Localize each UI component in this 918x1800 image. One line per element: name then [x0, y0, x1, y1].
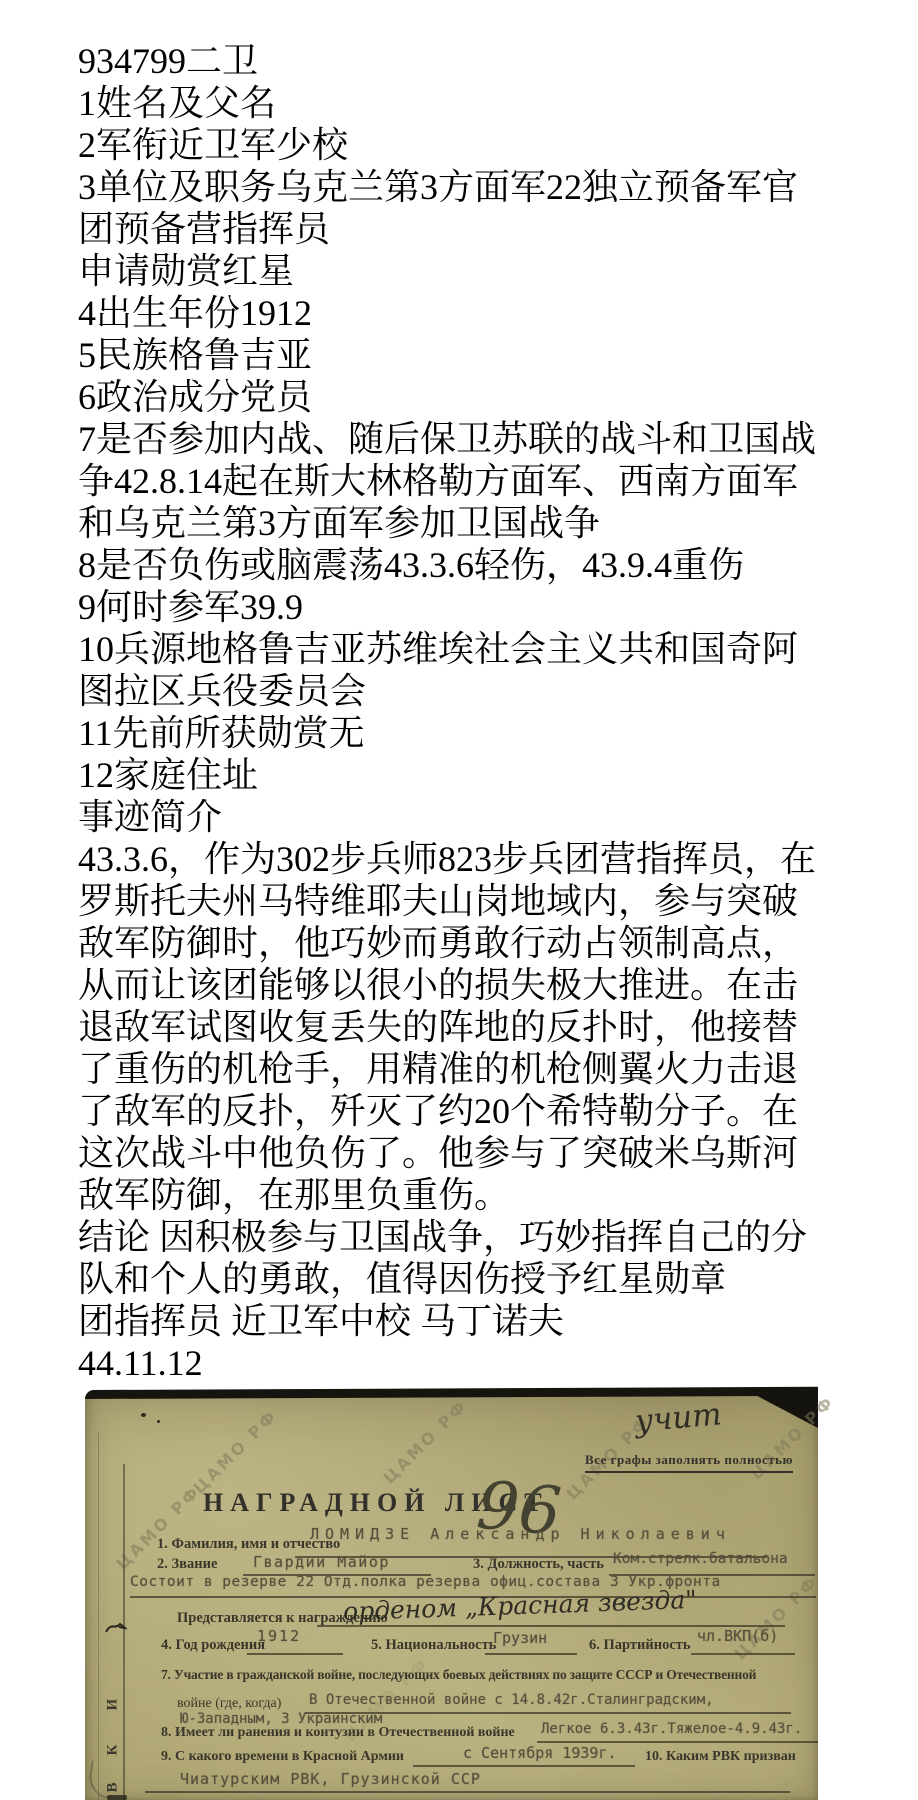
award-value-handwritten: орденом „Красная звезда"	[343, 1585, 698, 1626]
translation-line: 敌军防御，在那里负重伤。	[78, 1174, 868, 1216]
archive-watermark: ЦАМО РФ	[380, 1396, 472, 1488]
translation-line: 12家庭住址	[78, 754, 868, 796]
translation-line: 退敌军试图收复丢失的阵地的反扑时，他接替	[78, 1006, 868, 1048]
form-line	[413, 1765, 635, 1767]
translation-line: 图拉区兵役委员会	[78, 670, 868, 712]
header-handwriting: учит	[634, 1396, 723, 1439]
ink-speck	[141, 1413, 146, 1417]
field-position-label: 3. Должность, часть	[473, 1556, 604, 1573]
translation-line: 团指挥员 近卫军中校 马丁诺夫	[78, 1300, 868, 1342]
field-nationality-value: Грузин	[493, 1629, 547, 1647]
translation-line: 争42.8.14起在斯大林格勒方面军、西南方面军	[78, 460, 868, 502]
field-army-since-value: с Сентября 1939г.	[463, 1744, 617, 1762]
translation-line: 934799二卫	[78, 40, 868, 82]
translation-line: 43.3.6，作为302步兵师823步兵团营指挥员，在	[78, 838, 868, 880]
translation-line: 3单位及职务乌克兰第3方面军22独立预备军官	[78, 166, 868, 208]
translation-line: 申请勋赏红星	[78, 250, 868, 292]
translation-line: 11先前所获勋赏无	[78, 712, 868, 754]
field-drafted-by-label: 10. Каким РВК призван	[645, 1749, 796, 1765]
translation-line: 和乌克兰第3方面军参加卫国战争	[78, 502, 868, 544]
translation-line: 8是否负伤或脑震荡43.3.6轻伤，43.9.4重伤	[78, 544, 868, 586]
translation-text-block: 934799二卫1姓名及父名2军衔近卫军少校3单位及职务乌克兰第3方面军22独立…	[78, 40, 868, 1384]
field-wounds-value: Легкое 6.3.43г.Тяжелое-4.9.43г.	[541, 1721, 802, 1737]
translation-line: 这次战斗中他负伤了。他参与了突破米乌斯河	[78, 1132, 868, 1174]
translation-line: 1姓名及父名	[78, 82, 868, 124]
field-wounds-label: 8. Имеет ли ранения и контузии в Отечест…	[161, 1725, 515, 1741]
margin-letter: К	[105, 1732, 122, 1756]
ink-speck	[107, 1795, 127, 1800]
translation-line: 10兵源地格鲁吉亚苏维埃社会主义共和国奇阿	[78, 628, 868, 670]
field-nationality-label: 5. Национальность	[371, 1637, 496, 1654]
field-party-value: чл.ВКП(б)	[697, 1627, 778, 1645]
field-party-label: 6. Партийность	[589, 1637, 691, 1654]
pencil-mark	[87, 1760, 120, 1800]
field-rank-value: Гвардии Майор	[253, 1553, 390, 1571]
field-war-participation-value: В Отечественной войне с 14.8.42г.Сталинг…	[309, 1692, 714, 1708]
translation-line: 5民族格鲁吉亚	[78, 334, 868, 376]
translation-line: 2军衔近卫军少校	[78, 124, 868, 166]
field-rank-label: 2. Звание	[157, 1556, 217, 1573]
translation-line: 了重伤的机枪手，用精准的机枪侧翼火力击退	[78, 1048, 868, 1090]
ink-speck	[157, 1420, 160, 1423]
translation-line: 4出生年份1912	[78, 292, 868, 334]
translation-line: 从而让该团能够以很小的损失极大推进。在击	[78, 964, 868, 1006]
page: 934799二卫1姓名及父名2军衔近卫军少校3单位及职务乌克兰第3方面军22独立…	[0, 0, 918, 1800]
paper-crease-line	[98, 1432, 99, 1800]
translation-line: 事迹简介	[78, 796, 868, 838]
translation-line: 7是否参加内战、随后保卫苏联的战斗和卫国战	[78, 418, 868, 460]
archive-watermark: ЦАМО РФ	[190, 1406, 282, 1498]
archive-watermark: ЦАМО РФ	[731, 1572, 823, 1664]
field-drafted-by-value: Чиатурским РВК, Грузинской ССР	[180, 1770, 481, 1788]
translation-line: 44.11.12	[78, 1342, 868, 1384]
field-army-since-label: 9. С какого времени в Красной Армии	[161, 1749, 404, 1765]
form-line	[537, 1741, 818, 1743]
field-position-value: Ком.стрелк.батальона	[613, 1551, 788, 1567]
translation-line: 了敌军的反扑，歼灭了约20个希特勒分子。在	[78, 1090, 868, 1132]
margin-letter: И	[105, 1687, 122, 1711]
translation-line: 队和个人的勇敢，值得因伤授予红星勋章	[78, 1258, 868, 1300]
ink-mark	[105, 1620, 127, 1636]
form-line	[145, 1791, 790, 1793]
translation-line: 6政治成分党员	[78, 376, 868, 418]
field-name-value: ЛОМИДЗЕ Александр Николаевич	[310, 1525, 731, 1543]
translation-line: 团预备营指挥员	[78, 208, 868, 250]
field-birthyear-label: 4. Год рождения	[161, 1637, 265, 1654]
translation-line: 敌军防御时，他巧妙而勇敢行动占领制高点，	[78, 922, 868, 964]
form-line	[247, 1653, 343, 1655]
field-war-participation-label: 7. Участие в гражданской войне, последую…	[161, 1667, 756, 1683]
translation-line: 9何时参军39.9	[78, 586, 868, 628]
scanned-award-sheet: ЦАМО РФ ЦАМО РФ ЦАМО РФ ЦАМО РФ ЦАМО РФ …	[85, 1390, 818, 1800]
translation-line: 结论 因积极参与卫国战争，巧妙指挥自己的分	[78, 1216, 868, 1258]
form-line	[485, 1653, 577, 1655]
field-birthyear-value: 1912	[257, 1627, 301, 1645]
translation-line: 罗斯托夫州马特维耶夫山岗地域内，参与突破	[78, 880, 868, 922]
form-line	[691, 1653, 795, 1655]
fill-all-fields-note: Все графы заполнять полностью	[585, 1452, 793, 1473]
field-war-participation-label-2: войне (где, когда)	[177, 1696, 281, 1712]
